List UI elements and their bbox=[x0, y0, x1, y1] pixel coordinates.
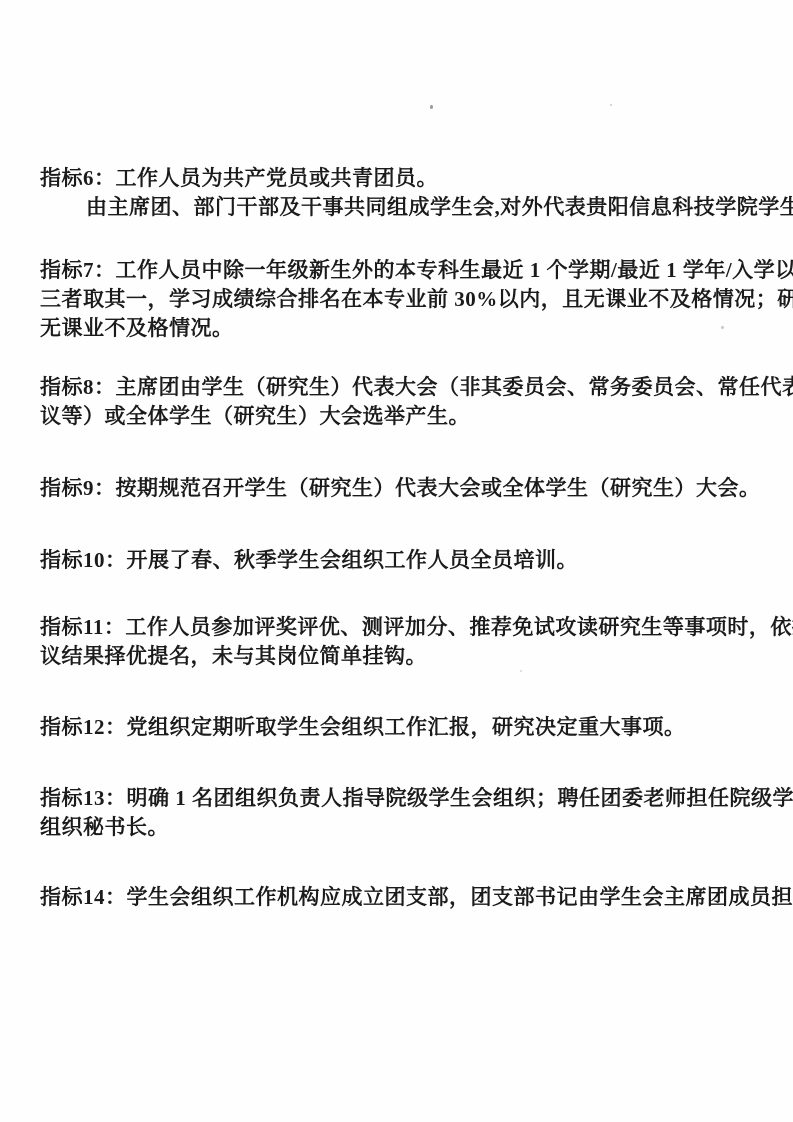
indicator-7-line-2: 三者取其一，学习成绩综合排名在本专业前 30%以内，且无课业不及格情况；研究生 bbox=[40, 285, 773, 314]
indicator-12-paragraph: 指标12：党组织定期听取学生会组织工作汇报，研究决定重大事项。 bbox=[40, 713, 773, 742]
indicator-13-line-2: 组织秘书长。 bbox=[40, 813, 773, 842]
indicator-7-paragraph: 指标7：工作人员中除一年级新生外的本专科生最近 1 个学期/最近 1 学年/入学… bbox=[40, 256, 773, 343]
indicator-10-paragraph: 指标10：开展了春、秋季学生会组织工作人员全员培训。 bbox=[40, 546, 773, 575]
indicator-13-line-1: 指标13：明确 1 名团组织负责人指导院级学生会组织；聘任团委老师担任院级学生会 bbox=[40, 784, 773, 813]
indicator-14-line-1: 指标14：学生会组织工作机构应成立团支部，团支部书记由学生会主席团成员担任。 bbox=[40, 883, 773, 912]
indicator-9-line-1: 指标9：按期规范召开学生（研究生）代表大会或全体学生（研究生）大会。 bbox=[40, 474, 773, 503]
indicator-12-line-1: 指标12：党组织定期听取学生会组织工作汇报，研究决定重大事项。 bbox=[40, 713, 773, 742]
indicator-6-line-1: 指标6：工作人员为共产党员或共青团员。 bbox=[40, 164, 773, 193]
indicator-14-paragraph: 指标14：学生会组织工作机构应成立团支部，团支部书记由学生会主席团成员担任。 bbox=[40, 883, 773, 912]
indicator-6-line-2: 由主席团、部门干部及干事共同组成学生会,对外代表贵阳信息科技学院学生。 bbox=[40, 193, 773, 222]
indicator-7-line-3: 无课业不及格情况。 bbox=[40, 314, 773, 343]
indicator-11-line-2: 议结果择优提名，未与其岗位简单挂钩。 bbox=[40, 642, 773, 671]
indicator-11-line-1: 指标11：工作人员参加评奖评优、测评加分、推荐免试攻读研究生等事项时，依据评 bbox=[40, 613, 773, 642]
indicator-8-line-1: 指标8：主席团由学生（研究生）代表大会（非其委员会、常务委员会、常任代表会 bbox=[40, 373, 773, 402]
indicator-11-paragraph: 指标11：工作人员参加评奖评优、测评加分、推荐免试攻读研究生等事项时，依据评 议… bbox=[40, 613, 773, 671]
indicator-6-paragraph: 指标6：工作人员为共产党员或共青团员。 由主席团、部门干部及干事共同组成学生会,… bbox=[40, 164, 773, 222]
indicator-7-line-1: 指标7：工作人员中除一年级新生外的本专科生最近 1 个学期/最近 1 学年/入学… bbox=[40, 256, 773, 285]
scanned-document-page: 指标6：工作人员为共产党员或共青团员。 由主席团、部门干部及干事共同组成学生会,… bbox=[0, 0, 793, 1122]
indicator-8-paragraph: 指标8：主席团由学生（研究生）代表大会（非其委员会、常务委员会、常任代表会 议等… bbox=[40, 373, 773, 431]
scan-speck bbox=[430, 105, 433, 109]
indicator-10-line-1: 指标10：开展了春、秋季学生会组织工作人员全员培训。 bbox=[40, 546, 773, 575]
indicator-9-paragraph: 指标9：按期规范召开学生（研究生）代表大会或全体学生（研究生）大会。 bbox=[40, 474, 773, 503]
scan-speck bbox=[610, 104, 612, 106]
indicator-13-paragraph: 指标13：明确 1 名团组织负责人指导院级学生会组织；聘任团委老师担任院级学生会… bbox=[40, 784, 773, 842]
indicator-8-line-2: 议等）或全体学生（研究生）大会选举产生。 bbox=[40, 402, 773, 431]
